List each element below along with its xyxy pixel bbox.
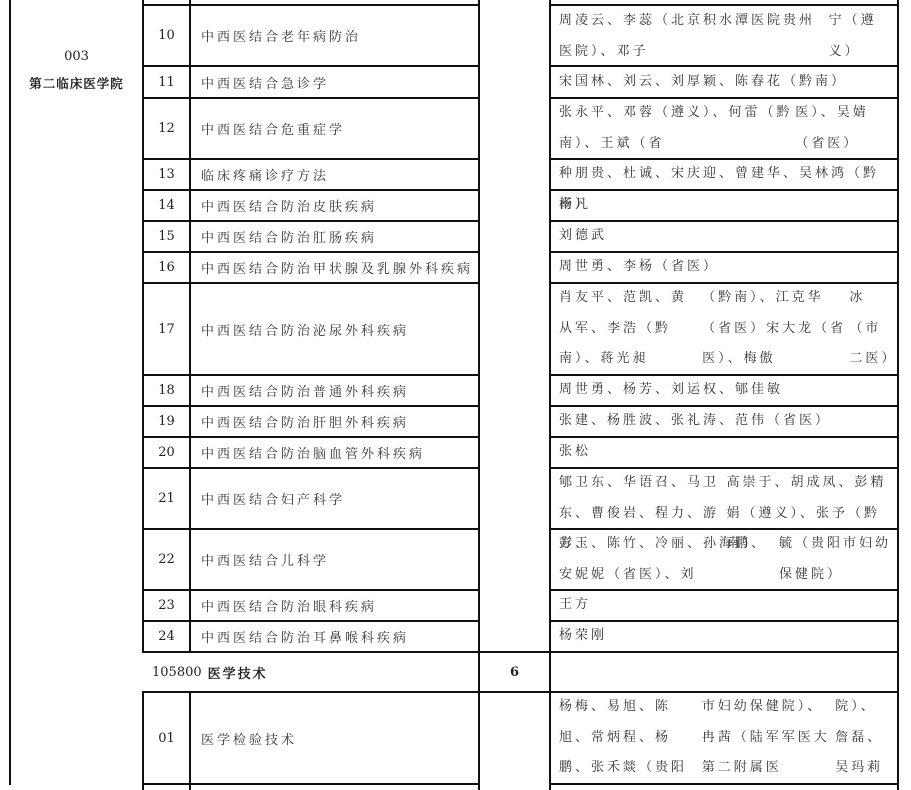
row-number: 16: [144, 253, 189, 282]
supervisors: 张建、杨胜波、张礼涛、范伟（省医）: [551, 406, 897, 436]
row-number: 23: [144, 591, 189, 620]
border-right: [897, 0, 899, 790]
research-direction: 中西医结合防治皮肤疾病: [191, 191, 478, 220]
supervisors-line: 医）、吴婧（省医）: [795, 98, 891, 159]
supervisors-line: 院）、詹磊、吴玛莉: [835, 692, 891, 784]
major-name: 医学技术: [208, 663, 268, 682]
supervisors: 周世勇、李杨（省医）: [551, 252, 897, 282]
row-number: 12: [144, 99, 189, 158]
supervisors-line: 毓（贵阳市妇幼保健院）: [779, 529, 891, 590]
supervisors-line: 王方: [559, 590, 591, 621]
supervisors: 宋国林、刘云、刘厚颖、陈春花（黔南）: [551, 67, 897, 97]
research-direction: 中西医结合防治泌尿外科疾病: [191, 284, 478, 374]
supervisors: 张松: [551, 437, 897, 467]
supervisors-line: 张建、杨胜波、张礼涛、范伟（省医）: [559, 406, 831, 437]
enrollment-count: 6: [480, 653, 549, 691]
supervisors-line: （黔南）、江克华（省医）宋大龙（省医）、梅傲: [702, 283, 849, 375]
supervisors-line: 张永平、邓蓉（遵义）、何雷（黔南）、王斌（省: [559, 98, 795, 159]
supervisors: 周世勇、杨芳、刘运权、郇佳敏: [551, 375, 897, 405]
research-direction: 中西医结合防治普通外科疾病: [191, 376, 478, 405]
supervisors: 杨梅、易旭、陈旭、常炳程、杨鹏、张禾燚（贵阳 市妇幼保健院）、冉茜（陆军军医大第…: [551, 692, 897, 783]
research-direction: 中西医结合防治肛肠疾病: [191, 222, 478, 251]
row-number: 10: [144, 6, 189, 65]
department-cell: 003 第二临床医学院: [11, 0, 142, 140]
research-direction: 医学检验技术: [191, 693, 478, 783]
program-table: 003 第二临床医学院 10 中西医结合老年病防治 周凌云、李蕊（北京积水潭医院…: [0, 0, 911, 790]
row-number: 21: [144, 469, 189, 528]
research-direction: 中西医结合儿科学: [191, 530, 478, 589]
supervisors-line: 周世勇、李杨（省医）: [559, 252, 719, 283]
row-number: 18: [144, 376, 189, 405]
supervisors-line: 杨凡: [559, 190, 591, 221]
row-number: 19: [144, 407, 189, 436]
major-code: 105800: [152, 665, 202, 680]
research-direction: 中西医结合防治脑血管外科疾病: [191, 438, 478, 467]
research-direction: 中西医结合危重症学: [191, 99, 478, 158]
supervisors: 杨凡: [551, 190, 897, 220]
row-number: 20: [144, 438, 189, 467]
supervisors: 刘德武: [551, 221, 897, 251]
research-direction: 中西医结合妇产科学: [191, 469, 478, 528]
supervisors-line: 彭玉、陈竹、冷丽、孙海鹏、安妮妮（省医）、刘: [559, 529, 779, 590]
supervisors-line: 宁（遵义）: [829, 6, 891, 67]
supervisors-line: 市妇幼保健院）、冉茜（陆军军医大第二附属医: [702, 692, 836, 784]
row-number: 24: [144, 622, 189, 651]
supervisors-line: 杨梅、易旭、陈旭、常炳程、杨鹏、张禾燚（贵阳: [559, 692, 702, 784]
row-number: 17: [144, 284, 189, 374]
supervisors-line: 宋国林、刘云、刘厚颖、陈春花（黔南）: [559, 67, 847, 98]
research-direction: 中西医结合防治眼科疾病: [191, 591, 478, 620]
row-number: 01: [144, 693, 189, 783]
supervisors: 郇卫东、华语召、马卫东、曹俊岩、程力、游方、 高崇于、胡成凤、彭精娟（遵义）、张…: [551, 468, 897, 528]
supervisors: 杨荣刚: [551, 621, 897, 651]
row-number: 13: [144, 160, 189, 189]
supervisors: 种朋贵、杜诚、宋庆迎、曾建华、吴林鸿（黔南）: [551, 159, 897, 189]
supervisors-line: 周凌云、李蕊（北京积水潭医院贵州医院）、邓子: [559, 6, 829, 67]
supervisors: 王方: [551, 590, 897, 620]
department-code: 003: [64, 49, 89, 64]
supervisors-line: 肖友平、范凯、黄从军、李浩（黔南）、蒋光昶: [559, 283, 702, 375]
row-number: 15: [144, 222, 189, 251]
supervisors: 肖友平、范凯、黄从军、李浩（黔南）、蒋光昶 （黔南）、江克华（省医）宋大龙（省医…: [551, 283, 897, 374]
supervisors-line: 刘德武: [559, 221, 607, 252]
supervisors-line: 冰（市二医）: [849, 283, 891, 375]
research-direction: 中西医结合急诊学: [191, 67, 478, 97]
row-number: 11: [144, 67, 189, 97]
supervisors-line: 周世勇、杨芳、刘运权、郇佳敏: [559, 375, 783, 406]
research-direction: 临床疼痛诊疗方法: [191, 160, 478, 189]
research-direction: 中西医结合防治肝胆外科疾病: [191, 407, 478, 436]
department-name: 第二临床医学院: [29, 74, 124, 92]
major-header: 105800 医学技术: [144, 653, 478, 691]
supervisors: 周凌云、李蕊（北京积水潭医院贵州医院）、邓子 宁（遵义）: [551, 6, 897, 65]
research-direction: 中西医结合防治甲状腺及乳腺外科疾病: [191, 253, 478, 282]
supervisors-line: 杨荣刚: [559, 621, 607, 652]
row-border: [142, 783, 480, 785]
research-direction: 中西医结合老年病防治: [191, 6, 478, 65]
row-number: 14: [144, 191, 189, 220]
research-direction: 中西医结合防治耳鼻喉科疾病: [191, 622, 478, 651]
supervisors-line: 张松: [559, 437, 591, 468]
supervisors: 彭玉、陈竹、冷丽、孙海鹏、安妮妮（省医）、刘 毓（贵阳市妇幼保健院）: [551, 529, 897, 589]
supervisors: 张永平、邓蓉（遵义）、何雷（黔南）、王斌（省 医）、吴婧（省医）: [551, 98, 897, 158]
row-number: 22: [144, 530, 189, 589]
